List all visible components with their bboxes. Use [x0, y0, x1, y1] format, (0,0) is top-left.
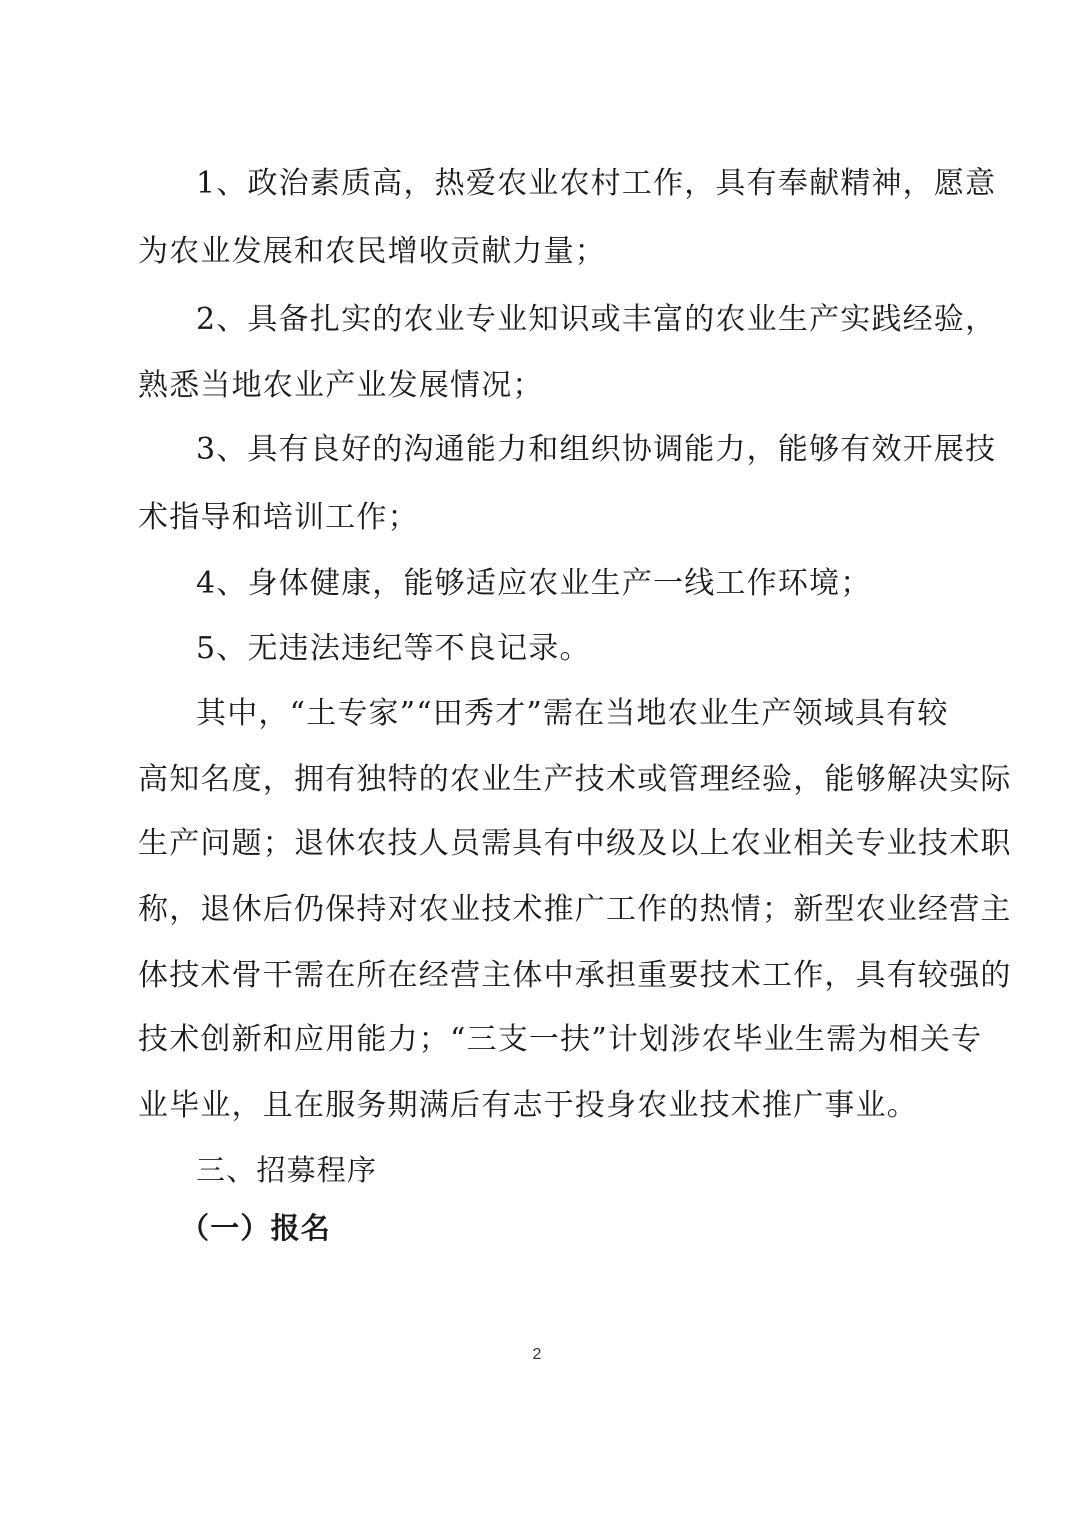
- document-page: 1、政治素质高，热爱农业农村工作，具有奉献精神，愿意 为农业发展和农民增收贡献力…: [0, 0, 1074, 1520]
- section-heading: 三、招募程序: [196, 1150, 996, 1190]
- requirement-2-line-2: 熟悉当地农业产业发展情况；: [138, 366, 938, 406]
- note-paragraph-line-3: 生产问题；退休农技人员需具有中级及以上农业相关专业技术职: [138, 824, 934, 864]
- requirement-3-line-1: 3、具有良好的沟通能力和组织协调能力，能够有效开展技: [196, 430, 934, 470]
- note-paragraph-line-5: 体技术骨干需在所在经营主体中承担重要技术工作，具有较强的: [138, 956, 934, 996]
- requirement-1-line-1: 1、政治素质高，热爱农业农村工作，具有奉献精神，愿意: [196, 164, 934, 204]
- requirement-4: 4、身体健康，能够适应农业生产一线工作环境；: [196, 564, 996, 604]
- note-paragraph-line-2: 高知名度，拥有独特的农业生产技术或管理经验，能够解决实际: [138, 760, 934, 800]
- note-paragraph-line-4: 称，退休后仍保持对农业技术推广工作的热情；新型农业经营主: [138, 890, 934, 930]
- requirement-3-line-2: 术指导和培训工作；: [138, 498, 938, 538]
- requirement-1-line-2: 为农业发展和农民增收贡献力量；: [138, 232, 938, 272]
- requirement-2-line-1: 2、具备扎实的农业专业知识或丰富的农业生产实践经验，: [196, 300, 916, 340]
- requirement-5: 5、无违法违纪等不良记录。: [196, 629, 996, 669]
- note-paragraph-line-6: 技术创新和应用能力；“三支一扶”计划涉农毕业生需为相关专: [138, 1020, 934, 1060]
- note-paragraph-line-7: 业毕业，且在服务期满后有志于投身农业技术推广事业。: [138, 1086, 938, 1126]
- note-paragraph-line-1: 其中，“土专家”“田秀才”需在当地农业生产领域具有较: [196, 694, 936, 734]
- page-number: 2: [0, 1346, 1074, 1364]
- subsection-heading: （一）报名: [180, 1208, 980, 1248]
